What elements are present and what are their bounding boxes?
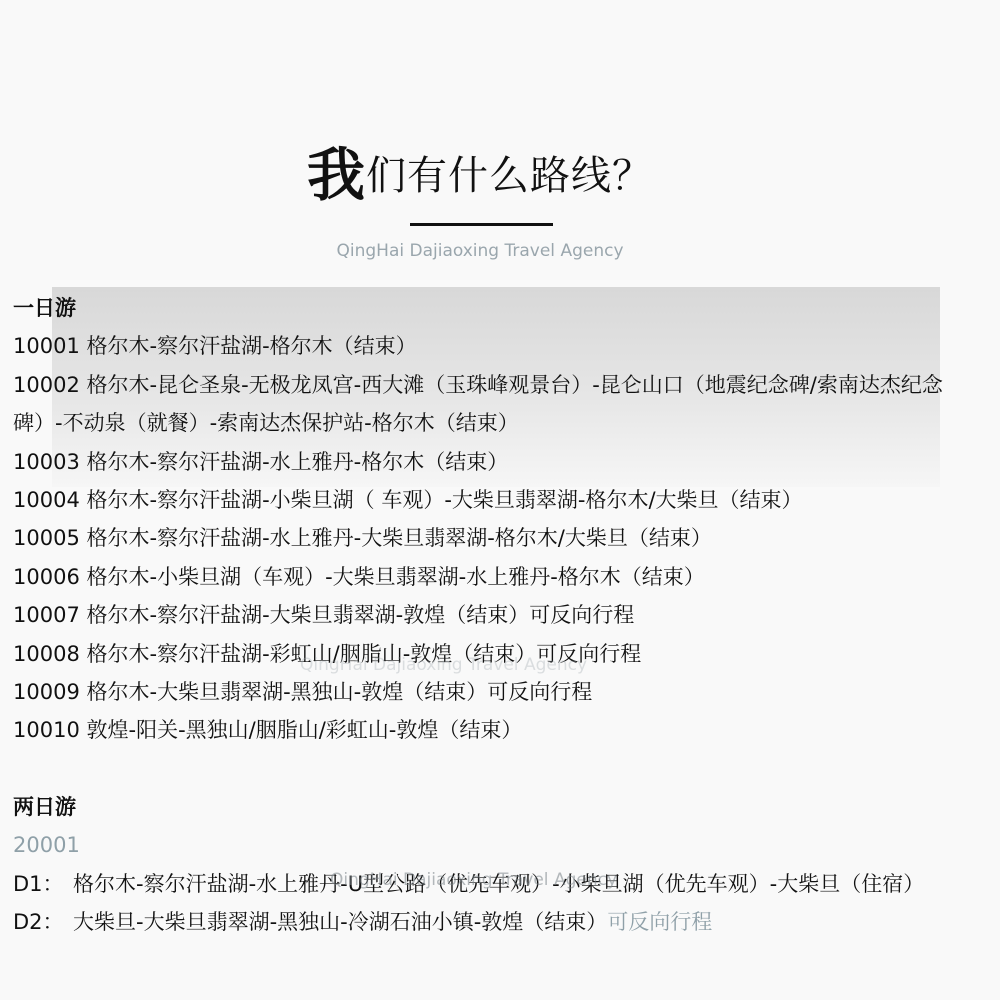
route-item: 10002 格尔木-昆仑圣泉-无极龙凤宫-西大滩（玉珠峰观景台）-昆仑山口（地震… xyxy=(13,366,988,443)
day-label: D1： xyxy=(13,865,73,903)
route-code: 10007 xyxy=(13,603,80,627)
route-code: 10009 xyxy=(13,680,80,704)
title-text: 们有什么路线？ xyxy=(366,153,653,199)
routes-content: 一日游 10001 格尔木-察尔汗盐湖-格尔木（结束） 10002 格尔木-昆仑… xyxy=(13,289,988,942)
route-item: 10004 格尔木-察尔汗盐湖-小柴旦湖（ 车观）-大柴旦翡翠湖-格尔木/大柴旦… xyxy=(13,481,988,519)
day-label: D2： xyxy=(13,903,73,941)
route-text: 格尔木-小柴旦湖（车观）-大柴旦翡翠湖-水上雅丹-格尔木（结束） xyxy=(87,565,705,589)
route-code: 10005 xyxy=(13,526,80,550)
route-item: 10007 格尔木-察尔汗盐湖-大柴旦翡翠湖-敦煌（结束）可反向行程 xyxy=(13,596,988,634)
route-code: 10004 xyxy=(13,488,80,512)
route-item: 10006 格尔木-小柴旦湖（车观）-大柴旦翡翠湖-水上雅丹-格尔木（结束） xyxy=(13,558,988,596)
route-item: 10001 格尔木-察尔汗盐湖-格尔木（结束） xyxy=(13,327,988,365)
agency-subtitle: QingHai Dajiaoxing Travel Agency xyxy=(0,241,960,261)
page-title: 我们有什么路线？ xyxy=(0,128,960,212)
route-code: 10002 xyxy=(13,373,80,397)
route-item: 10003 格尔木-察尔汗盐湖-水上雅丹-格尔木（结束） xyxy=(13,443,988,481)
route-text: 格尔木-大柴旦翡翠湖-黑独山-敦煌（结束）可反向行程 xyxy=(87,680,593,704)
route-item: 10010 敦煌-阳关-黑独山/胭脂山/彩虹山-敦煌（结束） xyxy=(13,711,988,749)
route-text: 格尔木-察尔汗盐湖-水上雅丹-大柴旦翡翠湖-格尔木/大柴旦（结束） xyxy=(87,526,712,550)
title-first-char: 我 xyxy=(307,141,366,209)
route-text: 格尔木-察尔汗盐湖-格尔木（结束） xyxy=(87,334,417,358)
route-text: 格尔木-察尔汗盐湖-小柴旦湖（ 车观）-大柴旦翡翠湖-格尔木/大柴旦（结束） xyxy=(87,488,803,512)
route-code: 10006 xyxy=(13,565,80,589)
route-code: 10003 xyxy=(13,450,80,474)
route-text: 格尔木-察尔汗盐湖-水上雅丹-格尔木（结束） xyxy=(87,450,509,474)
route-text: 格尔木-昆仑圣泉-无极龙凤宫-西大滩（玉珠峰观景台）-昆仑山口（地震纪念碑/索南… xyxy=(13,373,943,435)
route-code: 10008 xyxy=(13,642,80,666)
section-heading-two-day: 两日游 xyxy=(13,788,988,826)
watermark-text: QingHai Dajiaoxing Travel Agency xyxy=(330,870,617,890)
route-text: 敦煌-阳关-黑独山/胭脂山/彩虹山-敦煌（结束） xyxy=(87,718,523,742)
route-code-two-day: 20001 xyxy=(13,826,988,864)
title-divider xyxy=(410,223,553,226)
section-spacer xyxy=(13,750,988,788)
route-code: 10001 xyxy=(13,334,80,358)
route-item: 10009 格尔木-大柴旦翡翠湖-黑独山-敦煌（结束）可反向行程 xyxy=(13,673,988,711)
day-item: D2：大柴旦-大柴旦翡翠湖-黑独山-冷湖石油小镇-敦煌（结束）可反向行程 xyxy=(13,903,988,941)
watermark-text: QingHai Dajiaoxing Travel Agency xyxy=(300,655,587,675)
section-heading-one-day: 一日游 xyxy=(13,289,988,327)
route-code: 10010 xyxy=(13,718,80,742)
reverse-route-note: 可反向行程 xyxy=(607,910,712,934)
route-text: 格尔木-察尔汗盐湖-大柴旦翡翠湖-敦煌（结束）可反向行程 xyxy=(87,603,635,627)
route-item: 10005 格尔木-察尔汗盐湖-水上雅丹-大柴旦翡翠湖-格尔木/大柴旦（结束） xyxy=(13,519,988,557)
day-text: 大柴旦-大柴旦翡翠湖-黑独山-冷湖石油小镇-敦煌（结束） xyxy=(73,910,607,934)
